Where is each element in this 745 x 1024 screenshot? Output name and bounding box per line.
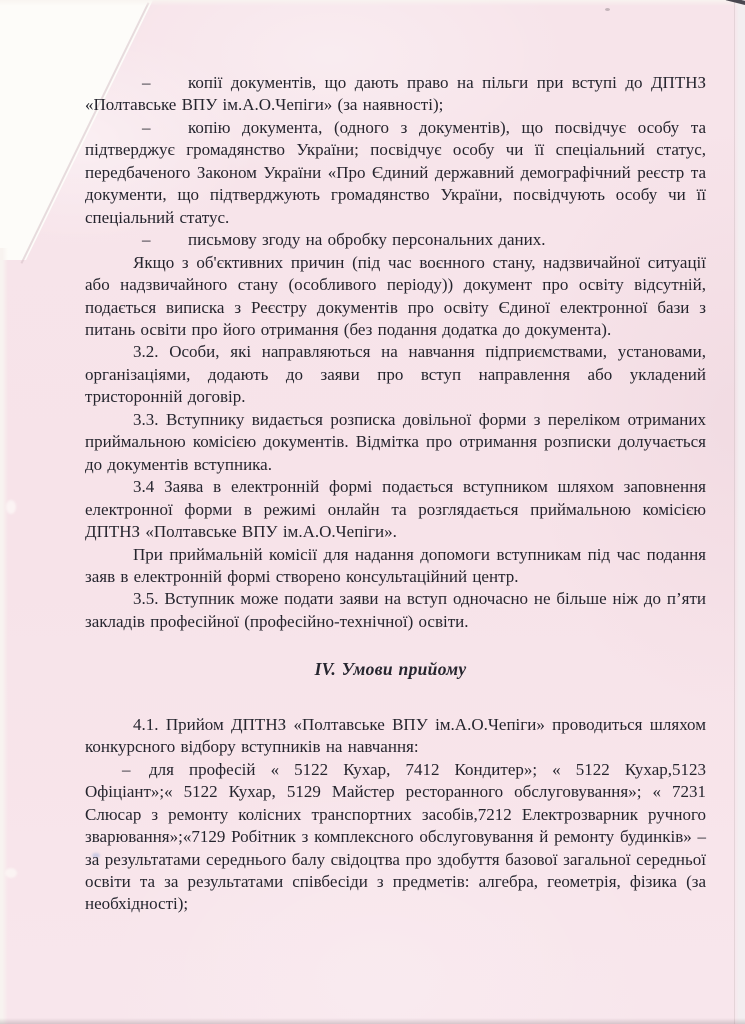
paper-speck	[5, 868, 17, 878]
list-item-personal-data-consent: –письмову згоду на обробку персональних …	[85, 229, 706, 251]
paragraph-4-1: 4.1. Прийом ДПТНЗ «Полтавське ВПУ ім.А.О…	[85, 714, 706, 759]
list-item-identity-copy: –копію документа, (одного з документів),…	[85, 117, 706, 229]
scan-bottom-shadow	[0, 1018, 745, 1024]
paragraph-missing-document: Якщо з об'єктивних причин (під час воєнн…	[85, 252, 706, 342]
dash-marker: –	[142, 117, 188, 139]
dash-marker: –	[122, 759, 149, 781]
scan-right-edge	[734, 0, 745, 1024]
paragraph-3-2: 3.2. Особи, які направляються на навчанн…	[85, 341, 706, 408]
list-item-benefit-copies: –копії документів, що дають право на піл…	[85, 72, 706, 117]
scan-right-edge-line	[734, 0, 735, 1024]
paragraph-3-4: 3.4 Заява в електронній формі подається …	[85, 476, 706, 543]
paragraph-consultation-center: При приймальній комісії для надання допо…	[85, 544, 706, 589]
list-item-text: письмову згоду на обробку персональних д…	[188, 230, 546, 249]
scanned-document-page: –копії документів, що дають право на піл…	[0, 0, 745, 1024]
dash-marker: –	[142, 229, 188, 251]
dash-marker: –	[142, 72, 188, 94]
paragraph-3-3: 3.3. Вступнику видається розписка довіль…	[85, 409, 706, 476]
list-item-text: для професій « 5122 Кухар, 7412 Кондитер…	[85, 760, 706, 914]
list-item-professions: –для професій « 5122 Кухар, 7412 Кондите…	[85, 759, 706, 916]
section-heading-admission-terms: IV. Умови прийому	[85, 658, 696, 680]
paper-speck	[6, 500, 16, 514]
scan-top-edge	[0, 0, 745, 6]
document-body: –копії документів, що дають право на піл…	[85, 72, 706, 916]
paragraph-3-5: 3.5. Вступник може подати заяви на вступ…	[85, 588, 706, 633]
dust-speck	[605, 8, 610, 11]
scan-left-edge	[0, 248, 8, 1024]
